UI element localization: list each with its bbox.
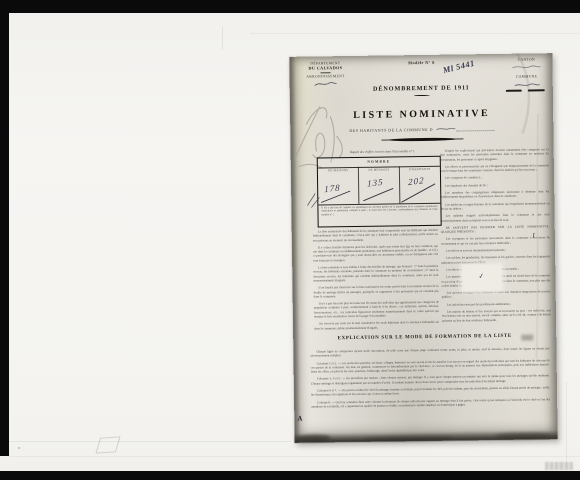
department-value: DU CALVADOS bbox=[295, 65, 355, 71]
value-cell: 135 bbox=[359, 174, 400, 203]
background-seam bbox=[566, 382, 567, 470]
flourish-divider bbox=[389, 138, 455, 142]
paragraph: D'après les explications qui précèdent, … bbox=[440, 147, 549, 161]
canton-label: CANTON bbox=[503, 57, 549, 62]
fill-in-line bbox=[456, 126, 494, 132]
scanner-artifact bbox=[545, 462, 573, 470]
explanation-paragraphs: Chaque ligne ne comportera qu'une seule … bbox=[310, 346, 550, 412]
department-block: DÉPARTEMENT DU CALVADOS ARRONDISSEMENT bbox=[295, 61, 355, 88]
paragraph: Colonne 8. — On fera connaître dans cett… bbox=[311, 397, 550, 409]
paragraph: Les ouvriers étrangers à la commune occu… bbox=[442, 289, 551, 299]
microfilm-scan: DÉPARTEMENT DU CALVADOS ARRONDISSEMENT M… bbox=[0, 0, 580, 480]
paragraph: Les élèves et pensionnaires qui ne s'élo… bbox=[440, 163, 549, 173]
paragraph: Colonnes 1 et 2. — Les noms des quartier… bbox=[311, 358, 550, 374]
paragraph: Les médecins et sages-femmes de la commu… bbox=[440, 201, 549, 211]
recap-table-title: NOMBRE bbox=[318, 158, 440, 164]
paragraph: Les marins du bateau et des navires qui … bbox=[442, 308, 551, 322]
value-cell: 178 bbox=[318, 175, 359, 204]
background-seam bbox=[9, 441, 291, 442]
film-border-top bbox=[0, 0, 580, 13]
paragraph: Colonnes 6 et 7. — On inscrira d'abord l… bbox=[311, 385, 550, 397]
paragraph: Colonnes 3, 4 et 5. — On procédera par m… bbox=[311, 374, 550, 386]
canton-block: CANTON bbox=[503, 57, 549, 70]
recap-footnote: Il n'y a pas lieu de compter ici séparém… bbox=[321, 205, 437, 217]
background-seam bbox=[222, 27, 223, 49]
film-border-bottom bbox=[0, 471, 580, 480]
paragraph: La liste nominative des habitants de la … bbox=[313, 228, 438, 243]
paragraph: Il y a deux feuilles distinctes pour les… bbox=[313, 244, 438, 263]
handwritten-squiggle bbox=[510, 63, 542, 70]
handwritten-count-habitants: 202 bbox=[408, 175, 425, 187]
recap-column-headers: DE MAISONS DE MÉNAGES D'HABITANTS bbox=[318, 168, 440, 173]
divider bbox=[321, 73, 331, 74]
explanation-heading: EXPLICATION SUR LE MODE DE FORMATION DE … bbox=[293, 333, 556, 342]
ink-smudge bbox=[521, 334, 533, 340]
handwritten-count-menages: 135 bbox=[367, 177, 384, 189]
col-header-menages: DE MÉNAGES bbox=[359, 168, 400, 172]
film-border-left bbox=[0, 13, 9, 456]
paragraph: Il n'y a pas lieu non plus de transcrire… bbox=[314, 300, 439, 319]
value-cell: 202 bbox=[399, 174, 440, 203]
handwritten-corner-mark: A bbox=[297, 413, 303, 423]
paragraph: Les membres des congrégations religieuse… bbox=[440, 189, 549, 199]
background-seam bbox=[250, 33, 580, 34]
paragraph: Les malades soignés individuellement dan… bbox=[441, 213, 550, 223]
intro-paragraphs: D'après les explications qui précèdent, … bbox=[440, 147, 550, 222]
document-page: DÉPARTEMENT DU CALVADOS ARRONDISSEMENT M… bbox=[289, 53, 557, 443]
instructions-left-column: La liste nominative des habitants de la … bbox=[313, 228, 439, 334]
handwritten-page-mark: 1 bbox=[532, 231, 536, 239]
speck bbox=[18, 447, 20, 449]
paragraph: Les élèves et novices momentanément prés… bbox=[441, 247, 550, 253]
paragraph: Les voyageurs de commerce ; bbox=[440, 175, 549, 181]
recap-table: NOMBRE DE MAISONS DE MÉNAGES D'HABITANTS… bbox=[317, 156, 442, 228]
body-paragraphs: La liste nominative des habitants de la … bbox=[313, 228, 439, 331]
paragraph: La liste nominative sera établie à l'aid… bbox=[313, 264, 438, 283]
recap-caption: Rappel des chiffres inscrits dans l'état… bbox=[325, 149, 441, 155]
handwritten-count-maisons: 178 bbox=[324, 182, 341, 194]
commune-label: COMMUNE bbox=[504, 74, 550, 79]
background-seam bbox=[9, 456, 580, 457]
ink-smudge bbox=[365, 436, 455, 442]
page-title: LISTE NOMINATIVE bbox=[290, 107, 553, 122]
recap-values-row: 178 135 202 bbox=[318, 174, 440, 204]
paragraph: Les individus exerçant des professions a… bbox=[442, 301, 551, 307]
subtitle: DES HABITANTS DE LA COMMUNE D bbox=[290, 124, 553, 134]
arrondissement-label: ARRONDISSEMENT bbox=[296, 74, 356, 79]
col-header-habitants: D'HABITANTS bbox=[399, 168, 440, 172]
flourish bbox=[414, 95, 430, 97]
pencil-mark bbox=[95, 436, 120, 453]
paragraph: Les soldats, les gendarmes, les douanier… bbox=[441, 255, 550, 265]
subtitle-text: DES HABITANTS DE LA COMMUNE D bbox=[349, 127, 433, 133]
col-header-maisons: DE MAISONS bbox=[318, 169, 359, 173]
handwritten-squiggle bbox=[434, 126, 456, 132]
handwritten-check-mark: ✓ bbox=[478, 272, 485, 281]
explanation-list: Chaque ligne ne comportera qu'une seule … bbox=[310, 346, 550, 409]
paragraph: Les employés des chemins de fer ; bbox=[440, 182, 549, 188]
paragraph: Chaque ligne ne comportera qu'une seule … bbox=[310, 346, 549, 358]
correction-patch: ✓ bbox=[462, 265, 501, 291]
paragraph: On trouvera par suite sur la liste nomin… bbox=[314, 320, 439, 330]
paragraph: Il ne faudra pas transcrire sur la liste… bbox=[314, 284, 439, 299]
